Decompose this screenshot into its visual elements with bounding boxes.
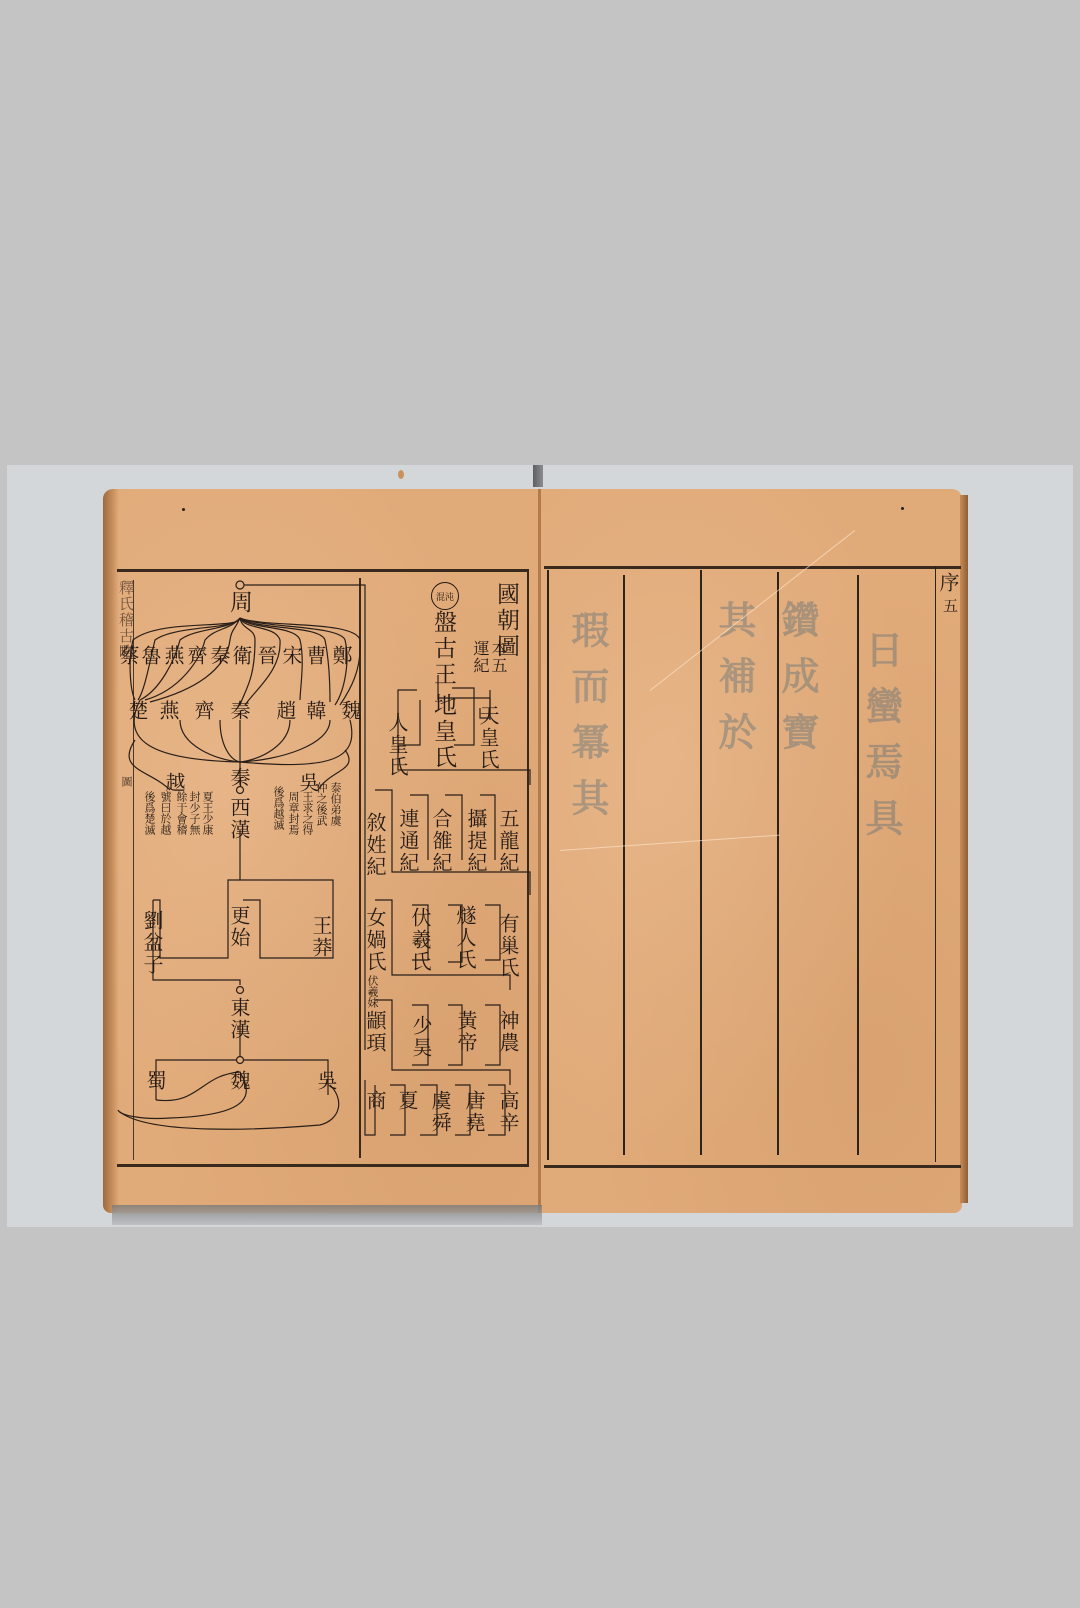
bleed-through-column: 鑽成寶 [778,600,816,768]
note-line: 封少子無 [189,791,200,835]
node-warring-state: 燕 [158,700,178,722]
node-ancient-ruler: 黃帝 [456,1010,476,1054]
chart-subtitle-left: 運紀 [472,640,488,674]
note-line: 後爲越滅 [273,786,284,830]
node-state: 蔡 [118,645,138,667]
node-ancient-ruler: 顓頊 [365,1010,385,1054]
nuwa-note: 伏羲妹 [367,975,378,1008]
node-warring-state: 楚 [127,700,147,722]
note-line: 號曰於越 [160,791,171,835]
node-ancient-ruler: 伏羲氏 [410,907,430,973]
node-era: 合雒紀 [431,808,451,874]
node-state: 齊 [186,645,206,667]
hundun-circle-mark: 混沌 [431,582,459,610]
note-line: 周章封焉 [288,791,299,835]
spine-shadow [533,465,543,487]
node-tianhuang: 天皇氏 [478,705,498,771]
bleed-through-column: 瑕而冪其 [568,610,606,834]
node-zhou: 周 [227,590,250,616]
right-margin-number: 五 [942,598,957,614]
note-line: 仲之後武 [316,782,327,826]
note-line: 夏王少康 [202,791,213,835]
margin-fragment: 圖 [121,776,132,787]
node-ancient-ruler: 夏 [397,1090,417,1112]
node-qin: 秦 [229,767,249,789]
node-ancient-ruler: 虞舜 [430,1090,450,1134]
node-wu-kingdom: 吳 [316,1070,336,1092]
node-state: 晉 [256,645,276,667]
node-western-han: 西漢 [229,797,249,841]
node-era: 攝提紀 [466,808,486,874]
node-ancient-ruler: 有巢氏 [498,913,518,979]
node-warring-state: 秦 [229,700,249,722]
note-line: 泰伯弟虞 [330,782,341,826]
column-rule [547,570,549,1160]
node-ancient-ruler: 商 [365,1090,385,1112]
note-line: 王求之得 [302,791,313,835]
node-gengshi: 更始 [229,905,249,949]
node-warring-state: 魏 [340,700,360,722]
node-pangu: 盤古王 [431,610,454,688]
node-ancient-ruler: 神農 [498,1010,518,1054]
node-dihuang: 地皇氏 [431,693,454,771]
paper-fragment [398,470,404,479]
column-rule [623,575,625,1155]
node-eastern-han: 東漢 [229,997,249,1041]
column-rule [935,566,936,1162]
note-line: 餘于會稽 [176,791,187,835]
node-warring-state: 齊 [193,700,213,722]
node-ancient-ruler: 唐堯 [464,1090,484,1134]
paper-speck [901,507,904,510]
note-line: 後爲楚滅 [144,791,155,835]
chart-divider [359,578,361,1158]
node-liu-penzi: 劉盆子 [142,910,162,976]
node-warring-state: 韓 [305,700,325,722]
node-state: 秦 [209,645,229,667]
circle-mark-label: 混沌 [436,590,454,603]
node-warring-state: 趙 [275,700,295,722]
node-state: 曹 [305,645,325,667]
book-gutter [538,489,541,1213]
node-era: 五龍紀 [498,808,518,874]
bleed-through-column: 日蠻焉具 [862,630,900,854]
node-shu-kingdom: 蜀 [145,1070,165,1092]
node-ancient-ruler: 高辛 [498,1090,518,1134]
node-renhuang: 人皇氏 [387,712,407,778]
node-ancient-ruler: 燧人氏 [455,905,475,971]
chart-subtitle-right: 本五 [490,640,506,674]
node-state: 衛 [231,645,251,667]
node-era: 敘姓紀 [365,812,385,878]
paper-speck [182,508,185,511]
node-state: 宋 [281,645,301,667]
node-state: 魯 [140,645,160,667]
node-state: 鄭 [331,645,351,667]
node-wang-mang: 王莽 [311,915,331,959]
node-ancient-ruler: 女媧氏 [365,907,385,973]
node-state: 燕 [163,645,183,667]
node-wei-kingdom: 魏 [229,1070,249,1092]
book-shadow [112,1205,542,1225]
column-rule [700,570,702,1155]
left-inner-rule [133,580,134,1160]
node-ancient-ruler: 少昊 [411,1015,431,1059]
node-era: 連通紀 [398,808,418,874]
right-margin-title: 序 [938,572,958,594]
